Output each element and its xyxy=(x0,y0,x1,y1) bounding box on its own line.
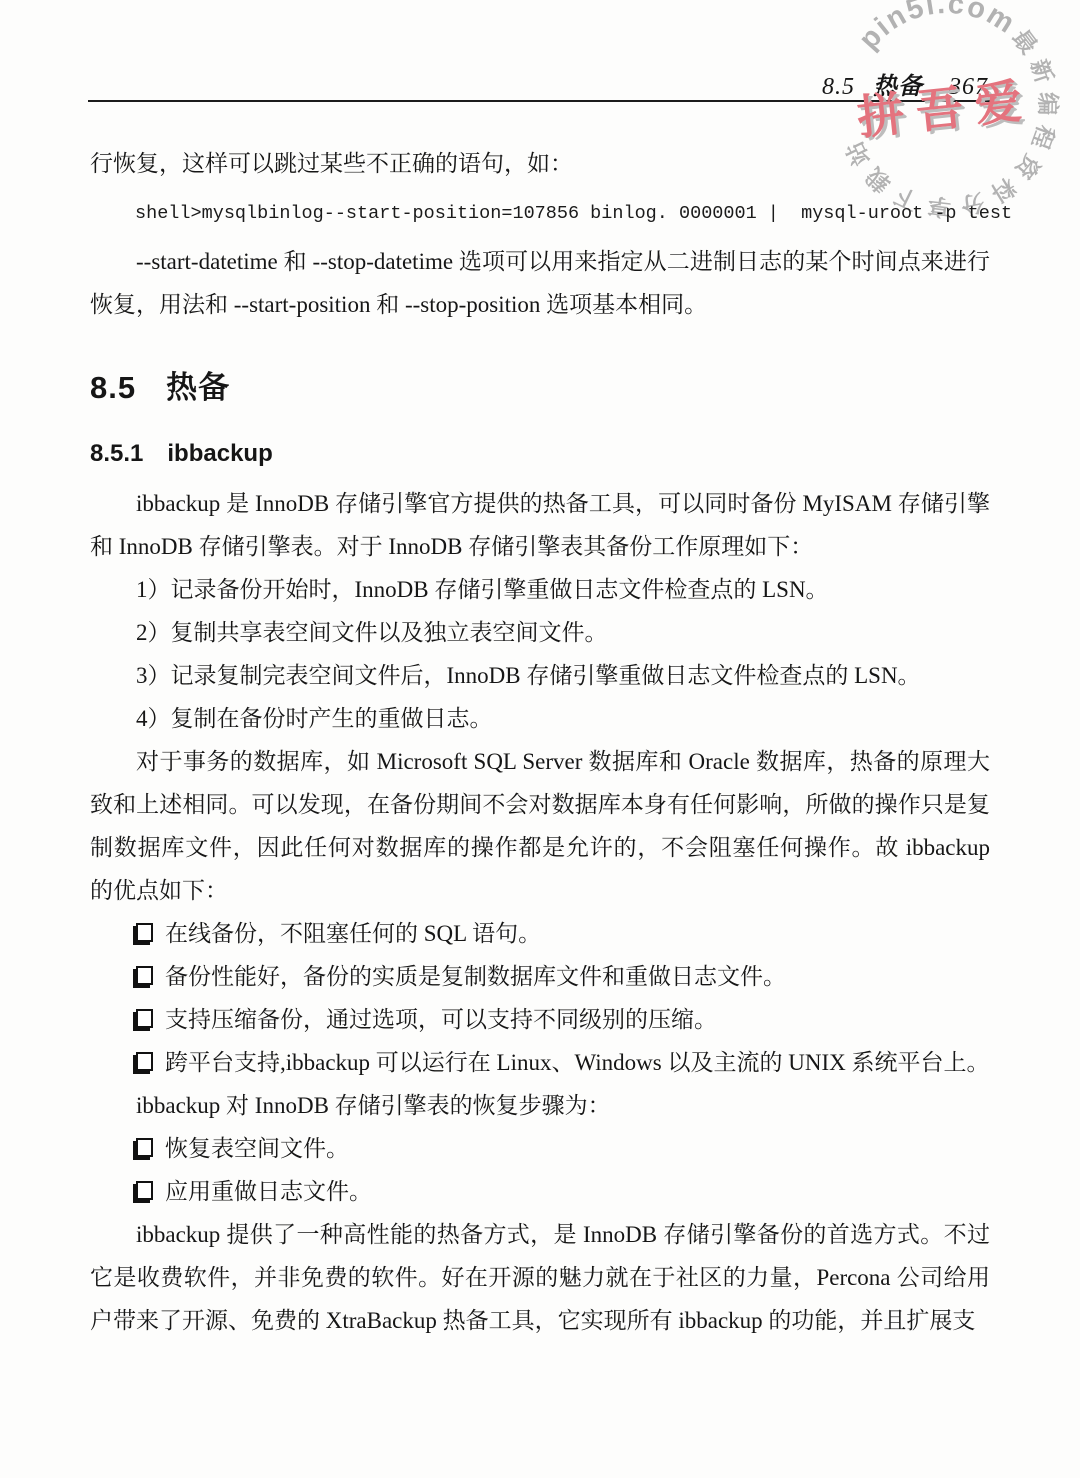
backup-step-1: 1）记录备份开始时，InnoDB 存储引擎重做日志文件检查点的 LSN。 xyxy=(90,568,990,611)
advantage-item: 在线备份，不阻塞任何的 SQL 语句。 xyxy=(90,912,990,955)
recovery-step-item: 应用重做日志文件。 xyxy=(90,1170,990,1213)
square-bullet-icon xyxy=(136,1009,153,1028)
running-head-section-title: 热备 xyxy=(873,74,923,100)
square-bullet-icon xyxy=(136,1138,153,1157)
watermark-site-text: pin5i.com xyxy=(853,0,1022,56)
subsection-title: ibbackup xyxy=(167,440,272,467)
header-rule xyxy=(88,100,990,102)
backup-step-3: 3）记录复制完表空间文件后，InnoDB 存储引擎重做日志文件检查点的 LSN。 xyxy=(90,654,990,697)
recovery-step-text: 应用重做日志文件。 xyxy=(165,1179,372,1204)
paragraph-datetime-options: --start-datetime 和 --stop-datetime 选项可以用… xyxy=(90,240,990,326)
recovery-step-text: 恢复表空间文件。 xyxy=(165,1136,349,1161)
paragraph-closing: ibbackup 提供了一种高性能的热备方式，是 InnoDB 存储引擎备份的首… xyxy=(90,1213,990,1342)
running-head: 8.5热备367 xyxy=(822,66,988,101)
section-number: 8.5 xyxy=(90,370,136,405)
page-number: 367 xyxy=(949,74,988,100)
advantage-item: 支持压缩备份，通过选项，可以支持不同级别的压缩。 xyxy=(90,998,990,1041)
book-page: 8.5热备367 pin5i.com 最新编程资料分享下载站 拼吾爱 拼吾爱 行… xyxy=(0,0,1080,1478)
paragraph-transaction-db: 对于事务的数据库，如 Microsoft SQL Server 数据库和 Ora… xyxy=(90,740,990,912)
backup-step-2: 2）复制共享表空间文件以及独立表空间文件。 xyxy=(90,611,990,654)
advantage-item: 备份性能好，备份的实质是复制数据库文件和重做日志文件。 xyxy=(90,955,990,998)
running-head-section-ref: 8.5 xyxy=(822,74,855,100)
square-bullet-icon xyxy=(136,1181,153,1200)
advantage-item: 跨平台支持,ibbackup 可以运行在 Linux、Windows 以及主流的… xyxy=(90,1041,990,1084)
advantage-text: 跨平台支持,ibbackup 可以运行在 Linux、Windows 以及主流的… xyxy=(165,1050,989,1075)
paragraph-ibbackup-intro: ibbackup 是 InnoDB 存储引擎官方提供的热备工具，可以同时备份 M… xyxy=(90,482,990,568)
square-bullet-icon xyxy=(136,1052,153,1071)
page-body: 行恢复，这样可以跳过某些不正确的语句，如： shell>mysqlbinlog-… xyxy=(90,142,990,1342)
subsection-number: 8.5.1 xyxy=(90,440,143,467)
shell-command: shell>mysqlbinlog--start-position=107856… xyxy=(90,194,990,234)
svg-text:pin5i.com: pin5i.com xyxy=(853,0,1022,56)
advantage-text: 在线备份，不阻塞任何的 SQL 语句。 xyxy=(165,921,541,946)
backup-step-4: 4）复制在备份时产生的重做日志。 xyxy=(90,697,990,740)
square-bullet-icon xyxy=(136,966,153,985)
subsection-heading: 8.5.1ibbackup xyxy=(90,438,990,470)
recovery-lead-line: ibbackup 对 InnoDB 存储引擎表的恢复步骤为： xyxy=(90,1084,990,1127)
section-title: 热备 xyxy=(166,370,230,405)
lead-line: 行恢复，这样可以跳过某些不正确的语句，如： xyxy=(90,142,990,185)
advantage-text: 支持压缩备份，通过选项，可以支持不同级别的压缩。 xyxy=(165,1007,717,1032)
recovery-step-item: 恢复表空间文件。 xyxy=(90,1127,990,1170)
square-bullet-icon xyxy=(136,923,153,942)
advantage-text: 备份性能好，备份的实质是复制数据库文件和重做日志文件。 xyxy=(165,964,786,989)
section-heading: 8.5热备 xyxy=(90,368,990,408)
